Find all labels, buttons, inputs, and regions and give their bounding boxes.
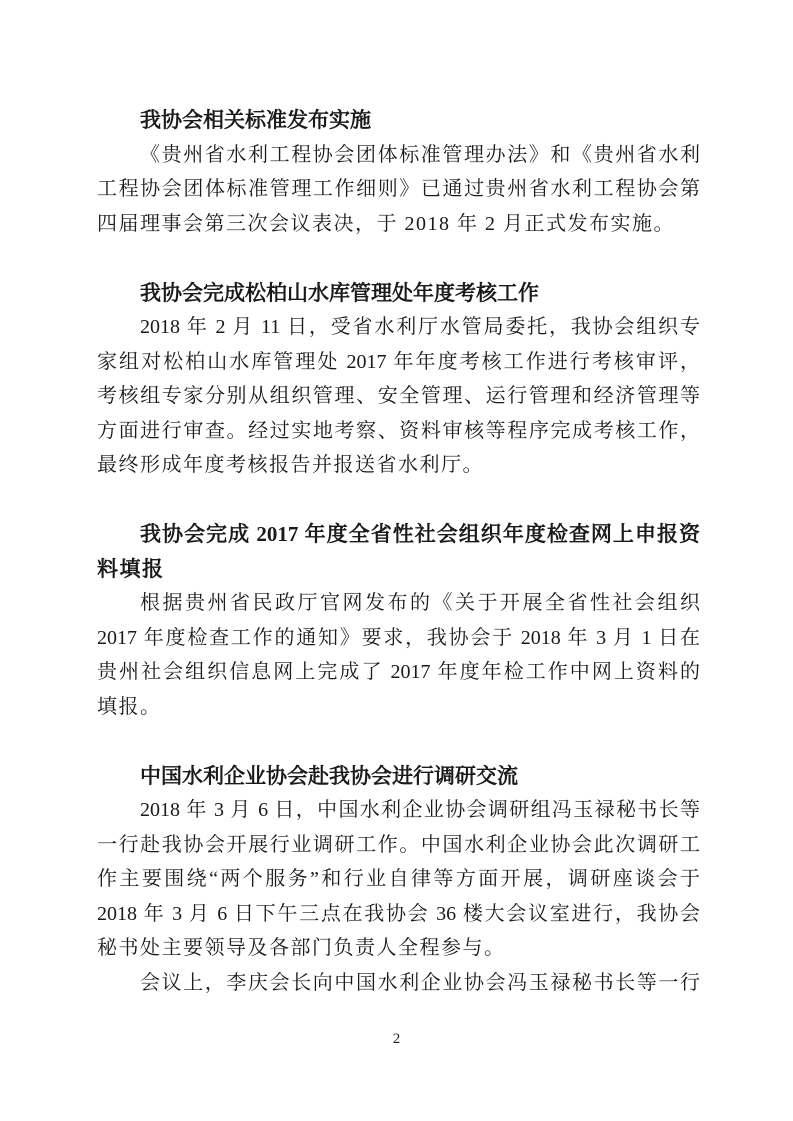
body-line: 方面进行审查。经过实地考察、资料审核等程序完成考核工作， <box>97 414 700 449</box>
page-number: 2 <box>0 1031 793 1048</box>
body-line: 最终形成年度考核报告并报送省水利厅。 <box>97 448 700 483</box>
body-line: 会议上，李庆会长向中国水利企业协会冯玉禄秘书长等一行 <box>97 966 700 1001</box>
body-line: 2018 年 3 月 6 日，中国水利企业协会调研组冯玉禄秘书长等 <box>97 793 700 828</box>
body-line: 根据贵州省民政厅官网发布的《关于开展全省性社会组织 <box>97 586 700 621</box>
body-line: 作主要围绕“两个服务”和行业自律等方面开展，调研座谈会于 <box>97 862 700 897</box>
section-heading: 我协会相关标准发布实施 <box>97 103 700 138</box>
page-content: 我协会相关标准发布实施 《贵州省水利工程协会团体标准管理办法》和《贵州省水利 工… <box>97 103 700 1000</box>
section-heading: 我协会完成松柏山水库管理处年度考核工作 <box>97 276 700 311</box>
news-section-reservoir-assessment: 我协会完成松柏山水库管理处年度考核工作 2018 年 2 月 11 日，受省水利… <box>97 276 700 483</box>
news-section-annual-inspection: 我协会完成 2017 年度全省性社会组织年度检查网上申报资 料填报 根据贵州省民… <box>97 517 700 724</box>
body-line: 《贵州省水利工程协会团体标准管理办法》和《贵州省水利 <box>97 138 700 173</box>
body-line: 填报。 <box>97 690 700 725</box>
body-line: 贵州社会组织信息网上完成了 2017 年度年检工作中网上资料的 <box>97 655 700 690</box>
blank-line <box>97 241 700 276</box>
body-line: 2018 年 2 月 11 日，受省水利厅水管局委托，我协会组织专 <box>97 310 700 345</box>
document-page: 我协会相关标准发布实施 《贵州省水利工程协会团体标准管理办法》和《贵州省水利 工… <box>0 0 793 1121</box>
section-heading: 中国水利企业协会赴我协会进行调研交流 <box>97 759 700 794</box>
body-line: 秘书处主要领导及各部门负责人全程参与。 <box>97 931 700 966</box>
section-heading-continued: 料填报 <box>97 552 700 587</box>
news-section-standards-release: 我协会相关标准发布实施 《贵州省水利工程协会团体标准管理办法》和《贵州省水利 工… <box>97 103 700 241</box>
body-line: 一行赴我协会开展行业调研工作。中国水利企业协会此次调研工 <box>97 828 700 863</box>
blank-line <box>97 483 700 518</box>
body-line: 2018 年 3 月 6 日下午三点在我协会 36 楼大会议室进行，我协会 <box>97 897 700 932</box>
body-line: 家组对松柏山水库管理处 2017 年年度考核工作进行考核审评， <box>97 345 700 380</box>
body-line: 2017 年度检查工作的通知》要求，我协会于 2018 年 3 月 1 日在 <box>97 621 700 656</box>
blank-line <box>97 724 700 759</box>
body-line: 考核组专家分别从组织管理、安全管理、运行管理和经济管理等 <box>97 379 700 414</box>
body-line: 工程协会团体标准管理工作细则》已通过贵州省水利工程协会第 <box>97 172 700 207</box>
news-section-research-exchange: 中国水利企业协会赴我协会进行调研交流 2018 年 3 月 6 日，中国水利企业… <box>97 759 700 1001</box>
section-heading: 我协会完成 2017 年度全省性社会组织年度检查网上申报资 <box>97 517 700 552</box>
body-line: 四届理事会第三次会议表决，于 2018 年 2 月正式发布实施。 <box>97 207 700 242</box>
